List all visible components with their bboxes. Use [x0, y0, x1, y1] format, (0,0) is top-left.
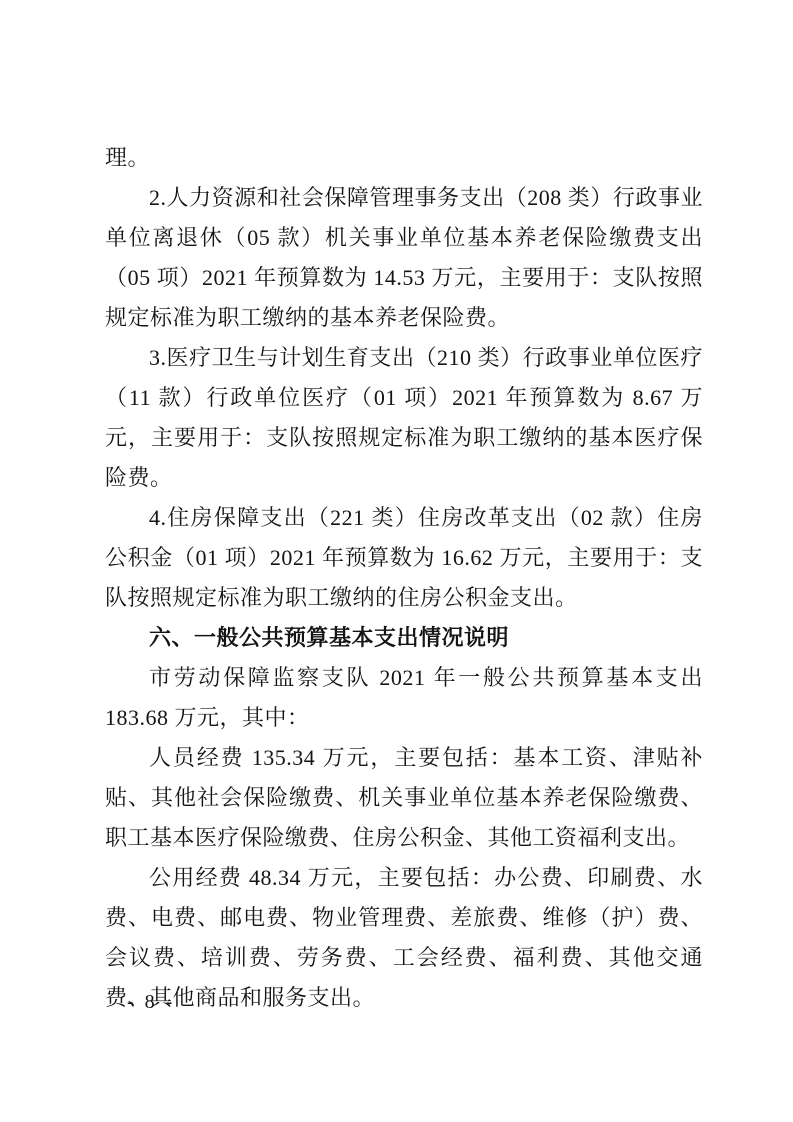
paragraph-pension-expenditure: 2.人力资源和社会保障管理事务支出（208 类）行政事业单位离退休（05 款）机… — [105, 178, 703, 338]
paragraph-medical-expenditure: 3.医疗卫生与计划生育支出（210 类）行政事业单位医疗（11 款）行政单位医疗… — [105, 338, 703, 498]
paragraph-housing-expenditure: 4.住房保障支出（221 类）住房改革支出（02 款）住房公积金（01 项）20… — [105, 498, 703, 618]
paragraph-personnel-funds: 人员经费 135.34 万元，主要包括：基本工资、津贴补贴、其他社会保险缴费、机… — [105, 738, 703, 858]
document-page: 理。 2.人力资源和社会保障管理事务支出（208 类）行政事业单位离退休（05 … — [0, 0, 793, 1122]
section-heading: 六、一般公共预算基本支出情况说明 — [105, 618, 703, 658]
page-number: - 8 - — [127, 988, 175, 1016]
paragraph-basic-expenditure-total: 市劳动保障监察支队 2021 年一般公共预算基本支出 183.68 万元，其中： — [105, 658, 703, 738]
content-area: 理。 2.人力资源和社会保障管理事务支出（208 类）行政事业单位离退休（05 … — [105, 138, 703, 1018]
paragraph-continuation: 理。 — [105, 138, 703, 178]
paragraph-public-funds: 公用经费 48.34 万元，主要包括：办公费、印刷费、水费、电费、邮电费、物业管… — [105, 858, 703, 1018]
